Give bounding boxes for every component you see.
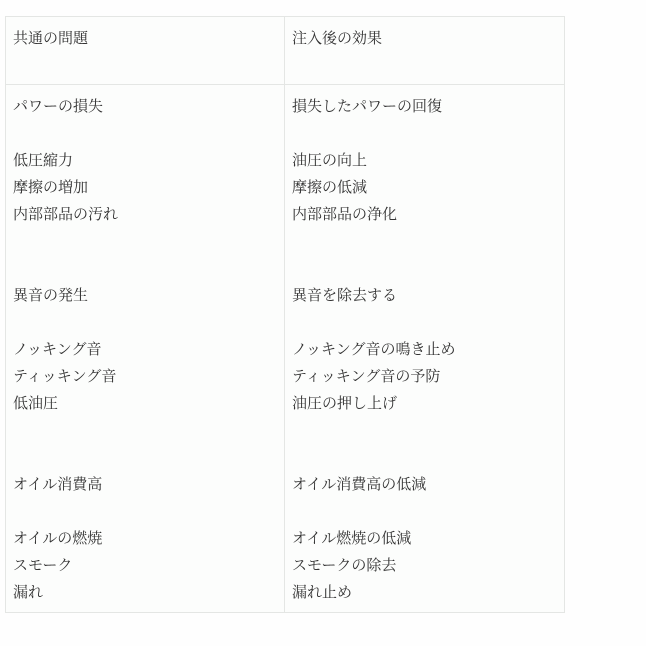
problem-item: スモーク bbox=[13, 552, 277, 579]
spacer bbox=[13, 228, 277, 255]
spacer bbox=[292, 444, 557, 471]
header-label: 共通の問題 bbox=[13, 25, 277, 52]
problem-group-title: パワーの損失 bbox=[13, 93, 277, 120]
header-cell-common-problems: 共通の問題 bbox=[6, 17, 285, 85]
effect-item: オイル燃焼の低減 bbox=[292, 525, 557, 552]
spacer bbox=[292, 417, 557, 444]
spacer bbox=[13, 120, 277, 147]
problem-group-title: オイル消費高 bbox=[13, 471, 277, 498]
problem-item: 低油圧 bbox=[13, 390, 277, 417]
header-label: 注入後の効果 bbox=[292, 25, 557, 52]
effect-group-title: オイル消費高の低減 bbox=[292, 471, 557, 498]
spacer bbox=[13, 444, 277, 471]
table-row: パワーの損失 低圧縮力 摩擦の増加 内部部品の汚れ 異音の発生 ノッキング音 テ… bbox=[6, 85, 565, 613]
problem-item: 低圧縮力 bbox=[13, 147, 277, 174]
effect-item: 内部部品の浄化 bbox=[292, 201, 557, 228]
problem-item: ノッキング音 bbox=[13, 336, 277, 363]
problem-item: 内部部品の汚れ bbox=[13, 201, 277, 228]
spacer bbox=[13, 417, 277, 444]
effect-item: 油圧の向上 bbox=[292, 147, 557, 174]
effect-group-title: 異音を除去する bbox=[292, 282, 557, 309]
effects-cell: 損失したパワーの回復 油圧の向上 摩擦の低減 内部部品の浄化 異音を除去する ノ… bbox=[285, 85, 565, 613]
effect-item: ティッキング音の予防 bbox=[292, 363, 557, 390]
table-header-row: 共通の問題 注入後の効果 bbox=[6, 17, 565, 85]
spacer bbox=[292, 120, 557, 147]
spacer bbox=[13, 309, 277, 336]
problem-item: 摩擦の増加 bbox=[13, 174, 277, 201]
spacer bbox=[13, 255, 277, 282]
problem-item: ティッキング音 bbox=[13, 363, 277, 390]
effect-item: ノッキング音の鳴き止め bbox=[292, 336, 557, 363]
effect-item: スモークの除去 bbox=[292, 552, 557, 579]
comparison-table: 共通の問題 注入後の効果 パワーの損失 低圧縮力 摩擦の増加 内部部品の汚れ 異… bbox=[5, 16, 565, 613]
spacer bbox=[13, 498, 277, 525]
effect-item: 油圧の押し上げ bbox=[292, 390, 557, 417]
effect-group-title: 損失したパワーの回復 bbox=[292, 93, 557, 120]
header-cell-effects-after-injection: 注入後の効果 bbox=[285, 17, 565, 85]
spacer bbox=[292, 498, 557, 525]
spacer bbox=[292, 255, 557, 282]
spacer bbox=[292, 228, 557, 255]
problems-cell: パワーの損失 低圧縮力 摩擦の増加 内部部品の汚れ 異音の発生 ノッキング音 テ… bbox=[6, 85, 285, 613]
effect-item: 漏れ止め bbox=[292, 579, 557, 606]
problem-item: オイルの燃焼 bbox=[13, 525, 277, 552]
spacer bbox=[292, 309, 557, 336]
problem-group-title: 異音の発生 bbox=[13, 282, 277, 309]
effect-item: 摩擦の低減 bbox=[292, 174, 557, 201]
problem-item: 漏れ bbox=[13, 579, 277, 606]
